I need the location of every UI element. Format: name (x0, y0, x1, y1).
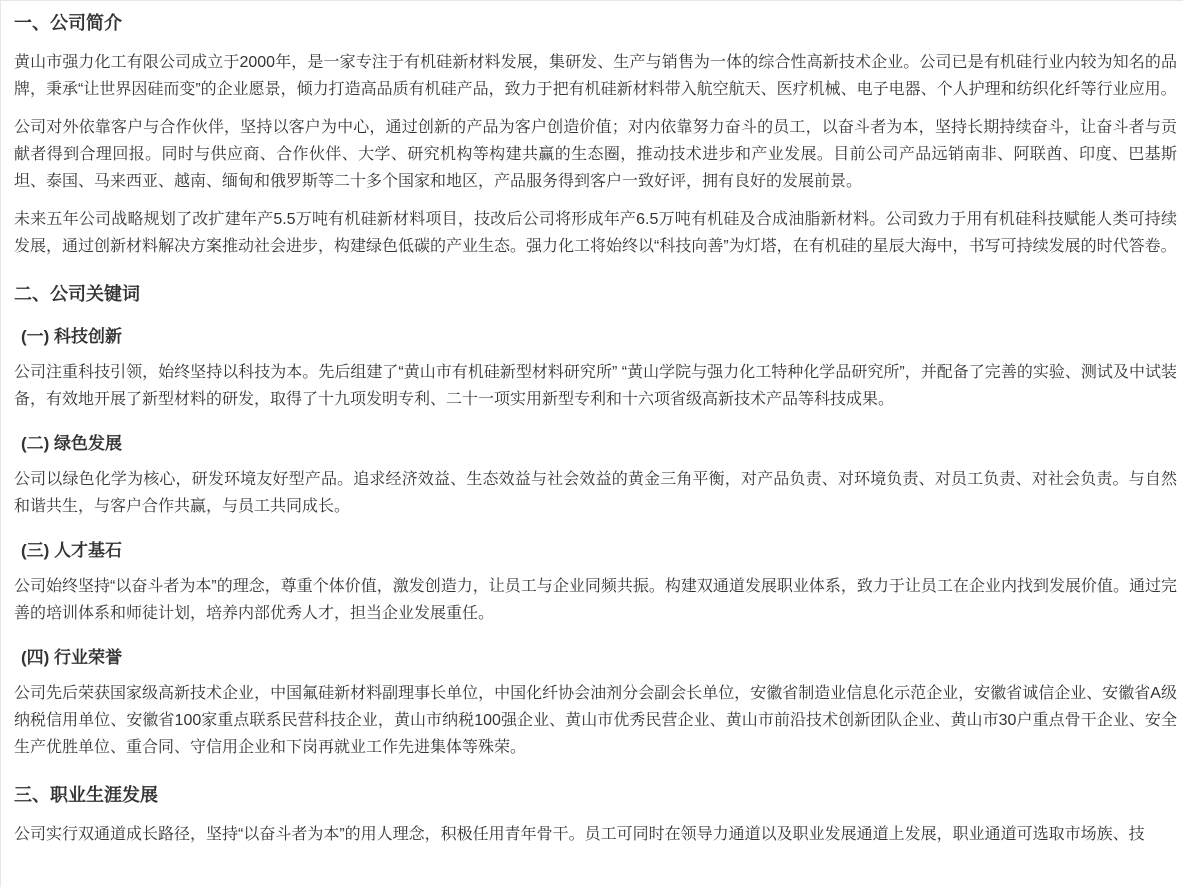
section-heading-company-profile: 一、公司简介 (14, 11, 1177, 35)
paragraph-profile-2: 公司对外依靠客户与合作伙伴，坚持以客户为中心，通过创新的产品为客户创造价值；对内… (14, 114, 1177, 195)
subsection-heading-talent-foundation: (三) 人才基石 (14, 540, 1177, 562)
paragraph-tech-innovation: 公司注重科技引领，始终坚持以科技为本。先后组建了“黄山市有机硅新型材料研究所” … (14, 359, 1177, 413)
paragraph-profile-1: 黄山市强力化工有限公司成立于2000年，是一家专注于有机硅新材料发展，集研发、生… (14, 49, 1177, 103)
paragraph-industry-honors: 公司先后荣获国家级高新技术企业，中国氟硅新材料副理事长单位，中国化纤协会油剂分会… (14, 680, 1177, 761)
subsection-heading-tech-innovation: (一) 科技创新 (14, 326, 1177, 348)
paragraph-profile-3: 未来五年公司战略规划了改扩建年产5.5万吨有机硅新材料项目，技改后公司将形成年产… (14, 206, 1177, 260)
subsection-heading-green-development: (二) 绿色发展 (14, 433, 1177, 455)
document-body: 一、公司简介黄山市强力化工有限公司成立于2000年，是一家专注于有机硅新材料发展… (0, 0, 1183, 887)
paragraph-talent-foundation: 公司始终坚持“以奋斗者为本”的理念，尊重个体价值，激发创造力，让员工与企业同频共… (14, 573, 1177, 627)
subsection-heading-industry-honors: (四) 行业荣誉 (14, 647, 1177, 669)
section-heading-company-keywords: 二、公司关键词 (14, 282, 1177, 306)
paragraph-green-development: 公司以绿色化学为核心，研发环境友好型产品。追求经济效益、生态效益与社会效益的黄金… (14, 466, 1177, 520)
paragraph-career-development: 公司实行双通道成长路径，坚持“以奋斗者为本”的用人理念，积极任用青年骨干。员工可… (14, 821, 1177, 848)
section-heading-career-development: 三、职业生涯发展 (14, 783, 1177, 807)
